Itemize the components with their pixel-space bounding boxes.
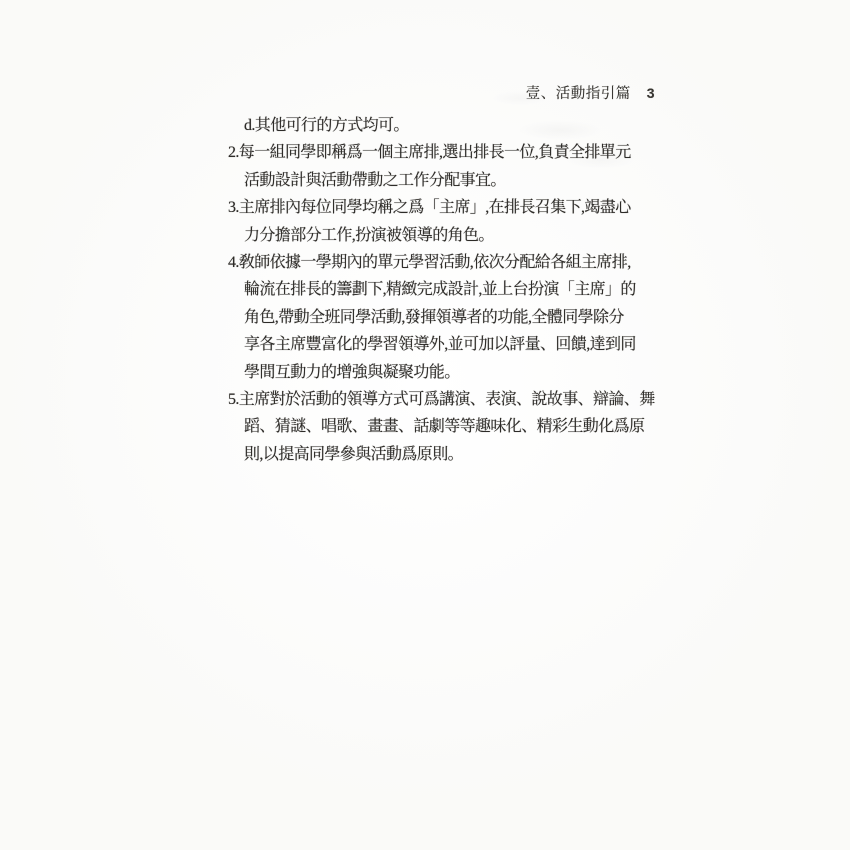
text-line: 2.每一組同學即稱爲一個主席排,選出排長一位,負責全排單元	[228, 139, 666, 166]
text-line: 則,以提高同學參與活動爲原則。	[228, 441, 666, 468]
section-title: 壹、活動指引篇	[526, 86, 631, 102]
running-header: 壹、活動指引篇3	[0, 82, 655, 103]
text-line: 學間互動力的增強與凝聚功能。	[228, 359, 666, 386]
page-number: 3	[647, 85, 655, 101]
text-line: 角色,帶動全班同學活動,發揮領導者的功能,全體同學除分	[228, 304, 666, 331]
text-line: 享各主席豐富化的學習領導外,並可加以評量、回饋,達到同	[228, 331, 666, 358]
text-line: 活動設計與活動帶動之工作分配事宜。	[228, 167, 666, 194]
text-line: d.其他可行的方式均可。	[228, 112, 666, 139]
text-line: 蹈、猜謎、唱歌、畫畫、話劇等等趣味化、精彩生動化爲原	[228, 413, 666, 440]
text-line: 3.主席排內每位同學均稱之爲「主席」,在排長召集下,竭盡心	[228, 194, 666, 221]
text-line: 力分擔部分工作,扮演被領導的角色。	[228, 222, 666, 249]
body-text-block: d.其他可行的方式均可。 2.每一組同學即稱爲一個主席排,選出排長一位,負責全排…	[228, 112, 666, 468]
scanned-page: 壹、活動指引篇3 d.其他可行的方式均可。 2.每一組同學即稱爲一個主席排,選出…	[0, 0, 850, 850]
text-line: 4.敎師依據一學期內的單元學習活動,依次分配給各組主席排,	[228, 249, 666, 276]
text-line: 5.主席對於活動的領導方式可爲講演、表演、說故事、辯論、舞	[228, 386, 666, 413]
text-line: 輪流在排長的籌劃下,精緻完成設計,並上台扮演「主席」的	[228, 276, 666, 303]
